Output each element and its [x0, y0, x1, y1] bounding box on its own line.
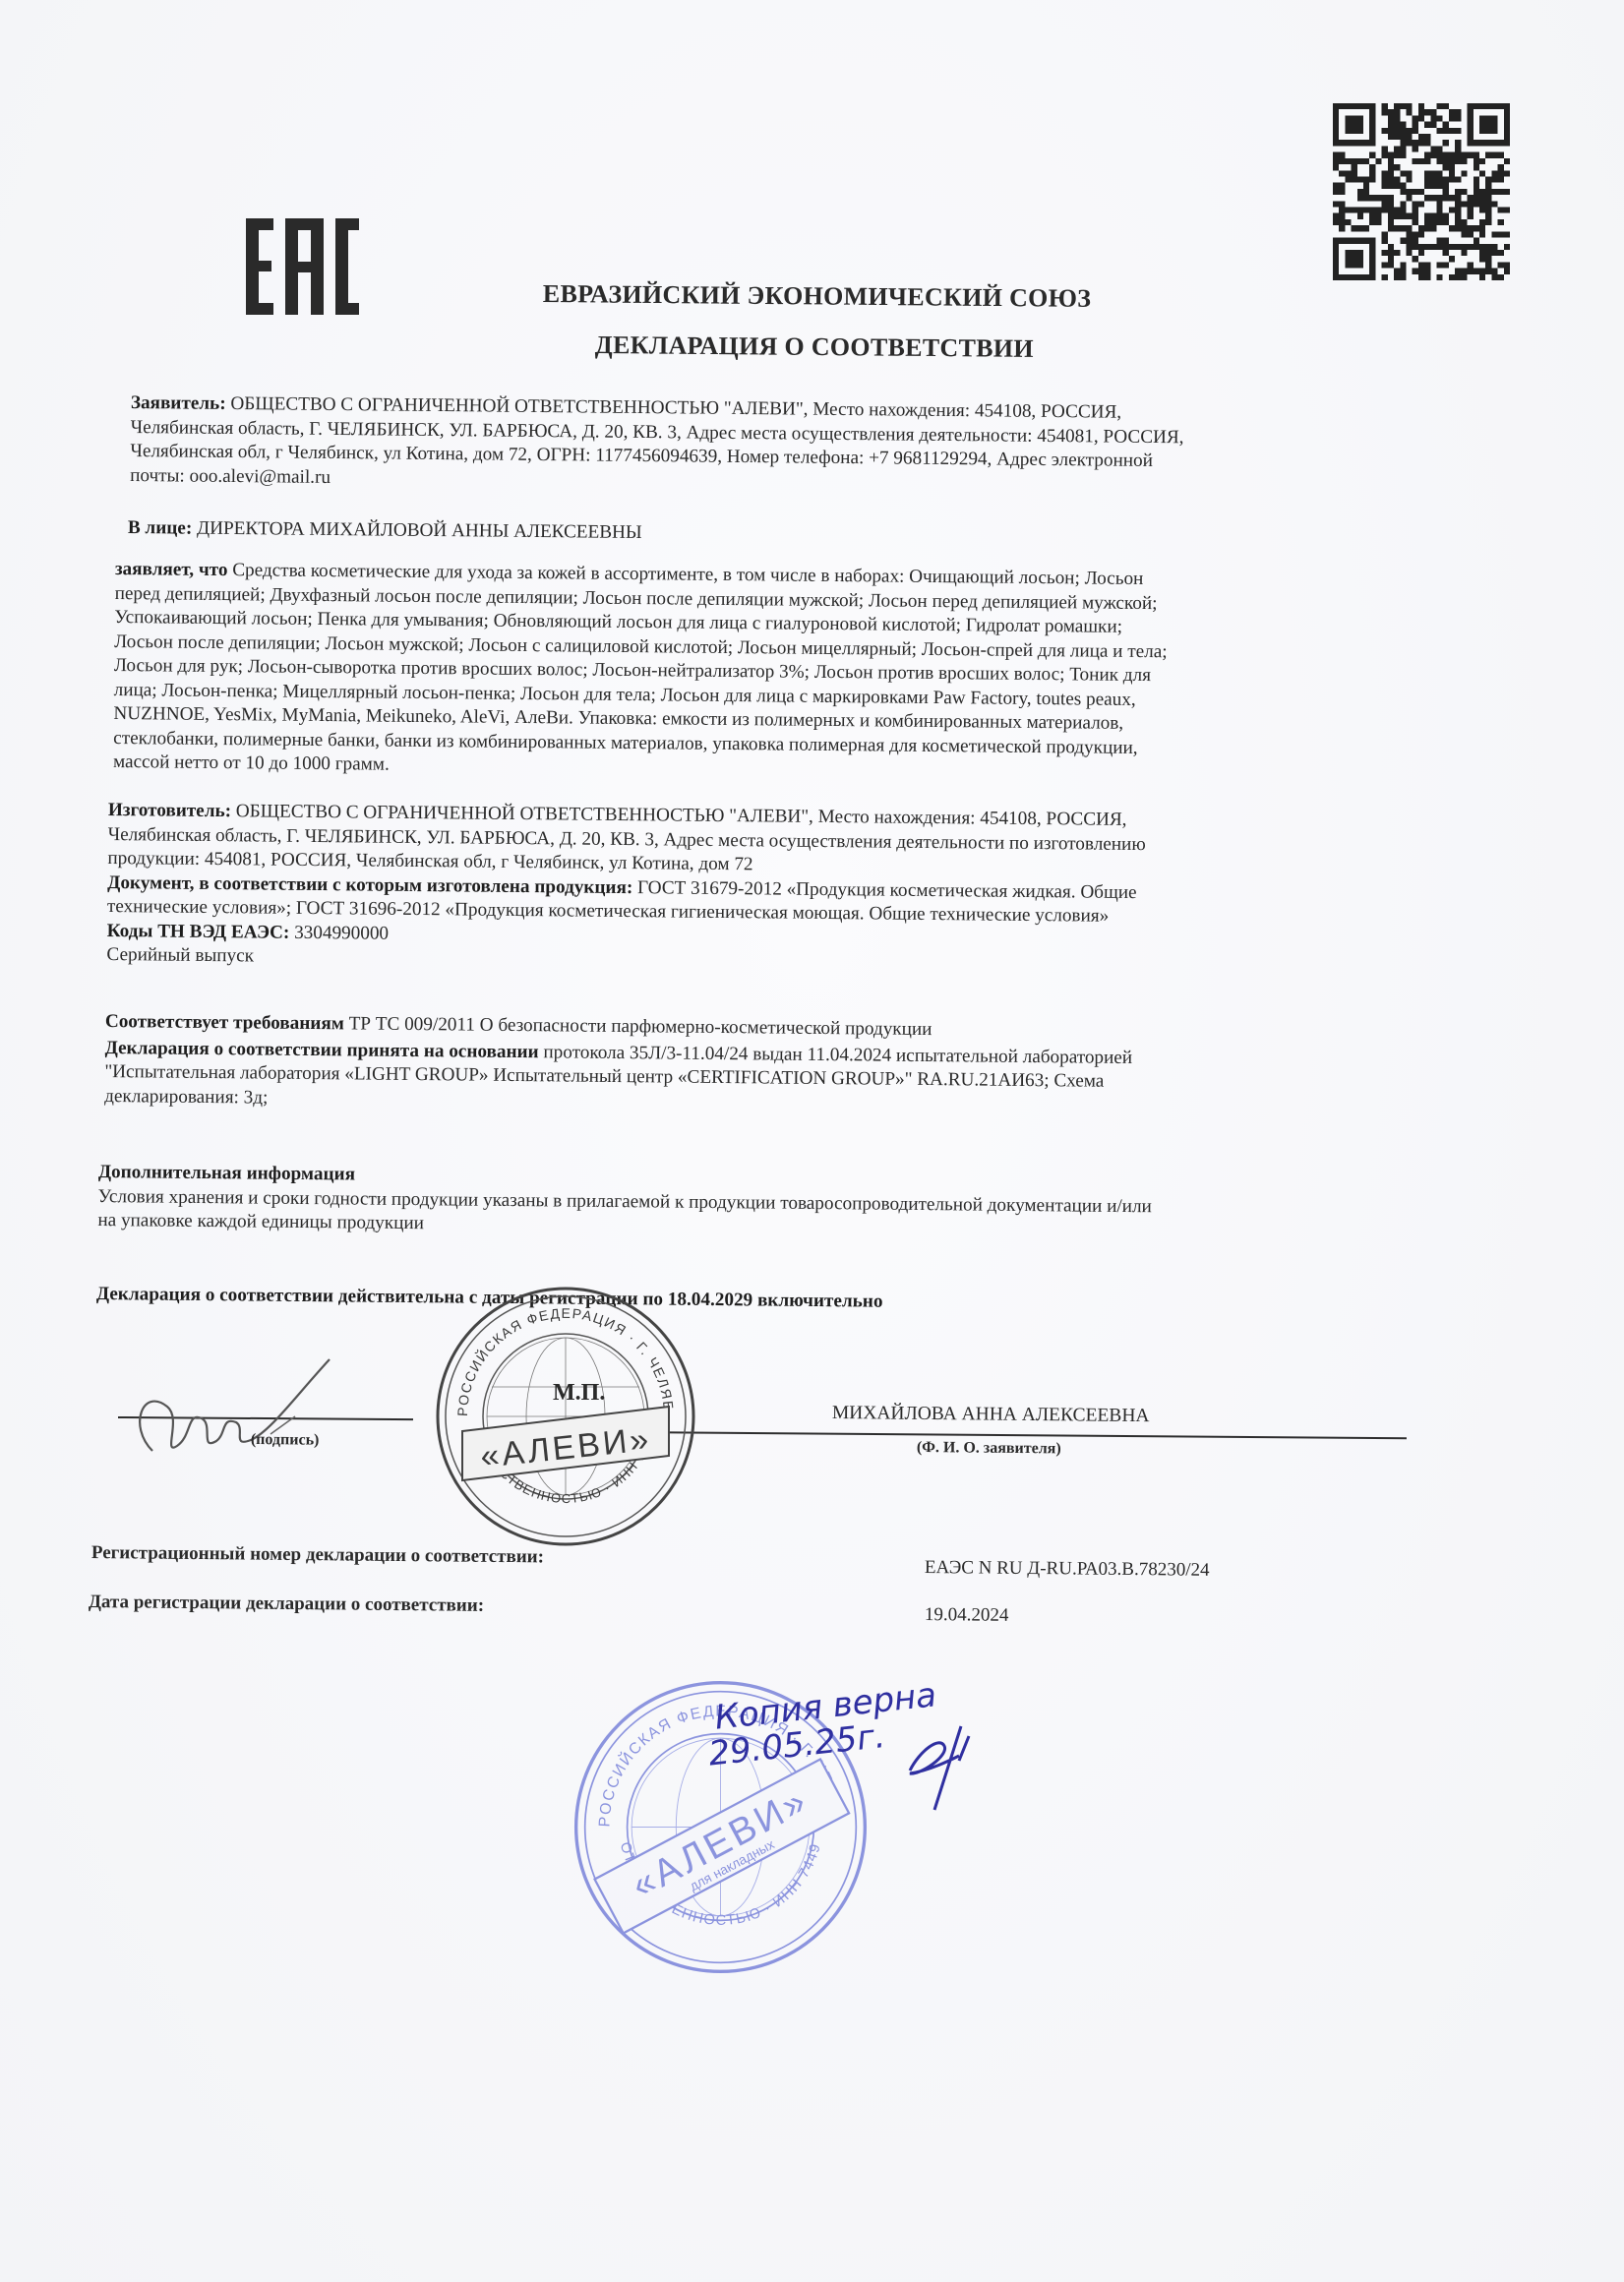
registration-date-label: Дата регистрации декларации о соответств…: [89, 1591, 484, 1618]
applicant-section: Заявитель: ОБЩЕСТВО С ОГРАНИЧЕННОЙ ОТВЕТ…: [130, 391, 1184, 498]
additional-info: Дополнительная информация Условия хранен…: [97, 1161, 1152, 1243]
complies-label: Соответствует требованиям: [105, 1011, 344, 1034]
applicant-label: Заявитель:: [131, 392, 226, 414]
basis-label: Декларация о соответствии принята на осн…: [105, 1037, 539, 1061]
manufacturer-label: Изготовитель:: [108, 800, 231, 821]
eac-mark-icon: [246, 218, 359, 315]
company-stamp-icon: РОССИЙСКАЯ ФЕДЕРАЦИЯ · Г. ЧЕЛЯБИНСК · ОБ…: [433, 1284, 698, 1549]
certifier-signature-icon: [900, 1716, 979, 1815]
represented-by-value: ДИРЕКТОРА МИХАЙЛОВОЙ АННЫ АЛЕКСЕЕВНЫ: [197, 518, 642, 543]
standard-doc-line: ГОСТ 31679-2012 «Продукция косметическая…: [637, 877, 1137, 903]
registration-number-value: ЕАЭС N RU Д-RU.РА03.В.78230/24: [925, 1556, 1210, 1583]
registration-number-label: Регистрационный номер декларации о соотв…: [91, 1541, 544, 1569]
union-title: ЕВРАЗИЙСКИЙ ЭКОНОМИЧЕСКИЙ СОЮЗ: [543, 279, 1092, 314]
standard-doc-label: Документ, в соответствии с которым изгот…: [107, 871, 632, 897]
compliance-section: Соответствует требованиям ТР ТС 009/2011…: [104, 1010, 1132, 1118]
declares-label: заявляет, что: [115, 559, 228, 580]
qr-code-icon: [1331, 103, 1512, 280]
product-description: заявляет, что Средства косметические для…: [113, 558, 1169, 785]
complies-value: ТР ТС 009/2011 О безопасности парфюмерно…: [349, 1013, 932, 1040]
manufacturer-section: Изготовитель: ОБЩЕСТВО С ОГРАНИЧЕННОЙ ОТ…: [106, 799, 1146, 978]
declaration-page: ЕВРАЗИЙСКИЙ ЭКОНОМИЧЕСКИЙ СОЮЗ ДЕКЛАРАЦИ…: [0, 0, 1624, 2282]
applicant-email: почты: ooo.alevi@mail.ru: [130, 464, 331, 487]
name-caption: (Ф. И. О. заявителя): [917, 1436, 1061, 1461]
tn-ved-value: 3304990000: [294, 922, 389, 943]
signature-caption: (подпись): [251, 1428, 320, 1453]
registration-date-value: 19.04.2024: [925, 1603, 1009, 1628]
document-title: ДЕКЛАРАЦИЯ О СООТВЕТСТВИИ: [595, 330, 1034, 364]
applicant-full-name: МИХАЙЛОВА АННА АЛЕКСЕЕВНА: [832, 1402, 1150, 1428]
tn-ved-label: Коды ТН ВЭД ЕАЭС:: [107, 920, 290, 942]
represented-by: В лице: ДИРЕКТОРА МИХАЙЛОВОЙ АННЫ АЛЕКСЕ…: [128, 516, 642, 546]
basis-line: протокола 35Л/3-11.04/24 выдан 11.04.202…: [543, 1042, 1132, 1068]
represented-by-label: В лице:: [128, 517, 193, 539]
additional-info-label: Дополнительная информация: [98, 1162, 355, 1185]
stamp-place-mark: М.П.: [553, 1381, 605, 1405]
